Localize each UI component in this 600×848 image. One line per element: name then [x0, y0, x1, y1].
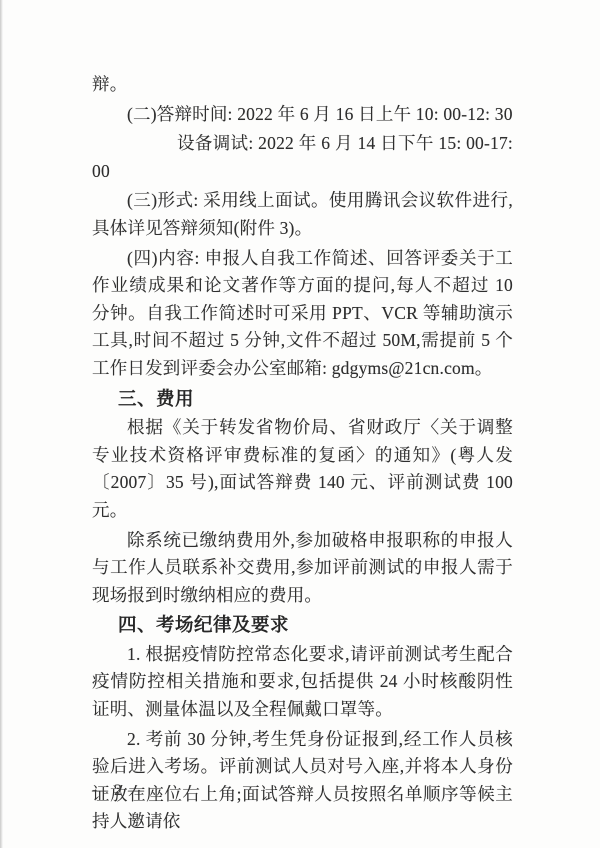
paragraph-covid-rules: 1. 根据疫情防控常态化要求,请评前测试考生配合疫情防控相关措施和要求,包括提供…: [92, 641, 513, 724]
scan-edge-shadow: [0, 0, 3, 848]
paragraph-checkin-rules: 2. 考前 30 分钟,考生凭身份证报到,经工作人员核验后进入考场。评前测试人员…: [92, 726, 513, 836]
section-heading-fees: 三、费用: [92, 385, 513, 413]
paragraph-fee-payment: 除系统已缴纳费用外,参加破格申报职称的申报人与工作人员联系补交费用,参加评前测试…: [92, 527, 513, 610]
paragraph-defense-time: (二)答辩时间: 2022 年 6 月 16 日上午 10: 00-12: 30: [92, 101, 513, 129]
document-body: 辩。 (二)答辩时间: 2022 年 6 月 16 日上午 10: 00-12:…: [92, 71, 513, 838]
paragraph-format: (三)形式: 采用线上面试。使用腾讯会议软件进行,具体详见答辩须知(附件 3)。: [92, 187, 513, 242]
paragraph-fee-basis: 根据《关于转发省物价局、省财政厅〈关于调整专业技术资格评审费标准的复函〉的通知》…: [92, 414, 513, 524]
paragraph-equipment-test: 设备调试: 2022 年 6 月 14 日下午 15: 00-17: 00: [92, 130, 513, 185]
paragraph-content: (四)内容: 申报人自我工作简述、回答评委关于工作业绩成果和论文著作等方面的提问…: [92, 245, 513, 383]
scanned-document-page: 辩。 (二)答辩时间: 2022 年 6 月 16 日上午 10: 00-12:…: [0, 0, 600, 848]
page-number: — 2 —: [92, 781, 145, 801]
section-heading-discipline: 四、考场纪律及要求: [92, 611, 513, 639]
paragraph-continuation: 辩。: [92, 71, 513, 99]
